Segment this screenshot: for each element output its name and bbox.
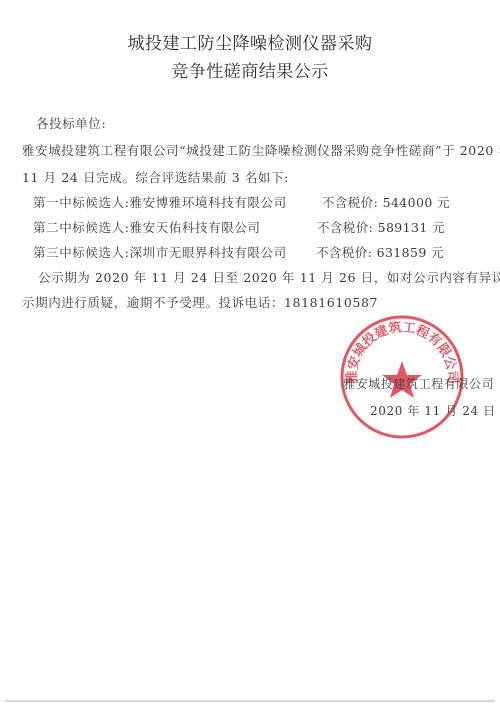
candidate-company: 雅安天佑科技有限公司 <box>130 220 261 235</box>
candidate-rank: 第三中标候选人: <box>33 245 130 260</box>
document-subtitle: 竞争性磋商结果公示 <box>0 57 500 82</box>
intro-line-2: 11 月 24 日完成。综合评选结果前 3 名如下: <box>22 168 289 186</box>
candidate-row-1: 第一中标候选人:雅安博雅环境科技有限公司 <box>33 193 287 211</box>
price-unit: 元 <box>437 195 450 210</box>
signature-company: 雅安城投建筑工程有限公司 <box>343 375 494 392</box>
notice-line-1: 公示期为 2020 年 11 月 24 日至 2020 年 11 月 26 日，… <box>38 268 500 286</box>
price-label: 不含税价: <box>316 245 372 260</box>
intro-line-1: 雅安城投建筑工程有限公司“城投建工防尘降噪检测仪器采购竞争性磋商”于 2020 … <box>22 141 500 159</box>
document-title: 城投建工防尘降噪检测仪器采购 <box>0 29 500 54</box>
candidate-price-3: 不含税价: 631859 元 <box>316 243 444 261</box>
candidate-row-3: 第三中标候选人:深圳市无眼界科技有限公司 <box>33 243 287 261</box>
candidate-company: 雅安博雅环境科技有限公司 <box>130 195 287 210</box>
page-bottom-edge <box>5 700 495 702</box>
candidate-rank: 第一中标候选人: <box>33 195 130 210</box>
candidate-rank: 第二中标候选人: <box>33 220 130 235</box>
candidate-company: 深圳市无眼界科技有限公司 <box>130 245 287 260</box>
price-value: 589131 <box>378 220 428 235</box>
signature-date: 2020 年 11 月 24 日 <box>370 402 496 419</box>
price-unit: 元 <box>431 245 444 260</box>
price-value: 631859 <box>377 245 427 260</box>
price-value: 544000 <box>383 195 433 210</box>
candidate-price-1: 不含税价: 544000 元 <box>322 193 450 211</box>
candidate-row-2: 第二中标候选人:雅安天佑科技有限公司 <box>33 218 261 236</box>
candidate-price-2: 不含税价: 589131 元 <box>317 218 445 236</box>
price-label: 不含税价: <box>322 195 378 210</box>
notice-line-2: 示期内进行质疑，逾期不予受理。投诉电话：18181610587 <box>22 293 378 311</box>
price-unit: 元 <box>432 220 445 235</box>
document-page: 城投建工防尘降噪检测仪器采购 竞争性磋商结果公示 各投标单位: 雅安城投建筑工程… <box>0 0 500 707</box>
price-label: 不含税价: <box>317 220 373 235</box>
salutation: 各投标单位: <box>36 114 106 132</box>
